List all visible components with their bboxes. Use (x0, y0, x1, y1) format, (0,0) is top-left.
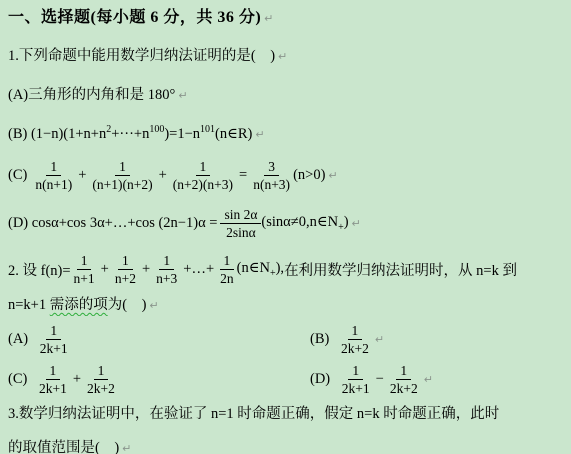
fraction: 12k+2 (338, 322, 372, 358)
fraction-denominator: n(n+3) (250, 176, 293, 194)
section-title-line: 一、选择题(每小题 6 分，共 36 分)↵ (8, 7, 571, 30)
fraction-denominator: 2k+1 (36, 380, 70, 398)
fraction: 12k+1 (37, 322, 71, 358)
q2-option-a-label: (A) (8, 331, 32, 348)
question-3-stem-line1: 3.数学归纳法证明中，在验证了 n=1 时命题正确，假定 n=k 时命题正确，此… (8, 404, 571, 424)
fraction: 1(n+1)(n+2) (89, 158, 155, 194)
fraction: 1n+3 (153, 252, 180, 288)
q1-option-d-line: (D) cosα+cos 3α+…+cos (2n−1)α = sin 2α2s… (8, 203, 571, 245)
condition-text-part: (n∈N (237, 260, 270, 276)
paragraph-mark-icon: ↵ (149, 299, 158, 312)
fraction-numerator: 1 (348, 322, 363, 341)
q2-options-row-ab: (A) 12k+1 (B) 12k+2 ↵ (8, 322, 571, 358)
fraction-numerator: 1 (220, 252, 235, 271)
q2-options-row-cd: (C) 12k+1 + 12k+2 (D) 12k+1 − 12k+2 ↵ (8, 362, 571, 398)
paragraph-mark-icon: ↵ (122, 442, 131, 454)
q1-option-a: (A)三角形的内角和是 180° (8, 87, 175, 103)
fraction-numerator: 1 (46, 322, 61, 341)
section-title: 一、选择题(每小题 6 分，共 36 分) (8, 9, 261, 26)
question-1-stem-line: 1.下列命题中能用数学归纳法证明的是( )↵ (8, 46, 571, 67)
fraction-numerator: 1 (396, 362, 411, 381)
plus-operator: + (142, 261, 150, 278)
q2-option-c-label: (C) (8, 371, 31, 388)
q2-option-d: (D) 12k+1 − 12k+2 ↵ (310, 362, 433, 398)
q2-option-d-label: (D) (310, 371, 334, 388)
fraction-denominator: n+1 (71, 270, 98, 288)
question-1-stem: 1.下列命题中能用数学归纳法证明的是( ) (8, 48, 275, 64)
fraction-denominator: n+3 (153, 270, 180, 288)
fraction: 1n+2 (112, 252, 139, 288)
q2-option-b-label: (B) (310, 331, 333, 348)
fraction: 12k+1 (36, 362, 70, 398)
plus-operator: + (159, 167, 167, 184)
q2-option-a: (A) 12k+1 (8, 322, 310, 358)
minus-operator: − (376, 371, 384, 388)
fraction-numerator: 1 (77, 252, 92, 271)
fraction-denominator: 2sinα (223, 224, 259, 242)
fraction-numerator: 1 (348, 362, 363, 381)
q1-option-c-line: (C) 1n(n+1) + 1(n+1)(n+2) + 1(n+2)(n+3) … (8, 155, 571, 197)
formula-text: (1−n)(1+n+n (31, 126, 106, 142)
paragraph-mark-icon: ↵ (328, 169, 337, 182)
q1-option-d-label: (D) (8, 215, 32, 232)
fraction-numerator: 3 (264, 158, 279, 177)
question-2-lead: 2. 设 f(n)= (8, 259, 71, 280)
question-3-stem-continuation: 的取值范围是( ) (8, 440, 119, 454)
condition-text: (n∈N+), (237, 260, 284, 279)
fraction-numerator: sin 2α (220, 206, 261, 225)
grammar-check-underlined-text: 需添的项 (50, 297, 108, 313)
paragraph-mark-icon: ↵ (424, 373, 433, 386)
condition-text-part: ), (276, 260, 284, 276)
fraction-numerator: 1 (94, 362, 109, 381)
q2-option-c: (C) 12k+1 + 12k+2 (8, 362, 310, 398)
plus-operator: + (78, 167, 86, 184)
q1-option-b-line: (B) (1−n)(1+n+n2+···+n100)=1−n101(n∈R)↵ (8, 118, 571, 147)
fraction: 12k+2 (84, 362, 118, 398)
question-2-stem-line2: n=k+1 需添的项为( )↵ (8, 295, 571, 316)
fraction-numerator: 1 (159, 252, 174, 271)
fraction: 3n(n+3) (250, 158, 293, 194)
q1-option-c-label: (C) (8, 167, 27, 184)
fraction-numerator: 1 (115, 158, 130, 177)
condition-text: (sinα≠0,n∈N+) (261, 214, 348, 233)
fraction: 1(n+2)(n+3) (170, 158, 236, 194)
formula-text: cosα+cos 3α+…+cos (2n−1)α = (32, 215, 218, 232)
fraction-denominator: (n+2)(n+3) (170, 176, 236, 194)
fraction-numerator: 1 (118, 252, 133, 271)
question-2-stem-line1: 2. 设 f(n)= 1n+1 + 1n+2 + 1n+3 +…+ 12n (n… (8, 249, 571, 291)
paragraph-mark-icon: ↵ (352, 217, 361, 230)
fraction: sin 2α2sinα (220, 206, 261, 242)
exponent: 101 (200, 124, 215, 135)
fraction-denominator: 2n (217, 270, 237, 288)
exponent: 100 (149, 124, 164, 135)
fraction-denominator: (n+1)(n+2) (89, 176, 155, 194)
condition-text-part: (sinα≠0,n∈N (261, 214, 338, 230)
plus-operator: + (101, 261, 109, 278)
paragraph-mark-icon: ↵ (264, 12, 273, 25)
paragraph-mark-icon: ↵ (178, 89, 187, 102)
condition-text: (n>0) (293, 167, 325, 184)
fraction-numerator: 1 (196, 158, 211, 177)
stem2-suffix: 为( ) (108, 297, 147, 313)
paragraph-mark-icon: ↵ (375, 333, 384, 346)
q2-option-b: (B) 12k+2 ↵ (310, 322, 384, 358)
plus-operator: + (73, 371, 81, 388)
question-2-continuation: 在利用数学归纳法证明时，从 n=k 到 (284, 259, 517, 280)
ellipsis-operator: +…+ (183, 261, 214, 278)
fraction: 1n(n+1) (32, 158, 75, 194)
stem2-prefix: n=k+1 (8, 297, 50, 313)
formula-text: )=1−n (164, 126, 200, 142)
fraction-denominator: 2k+2 (84, 380, 118, 398)
fraction: 12k+1 (339, 362, 373, 398)
fraction-denominator: 2k+1 (339, 380, 373, 398)
fraction-numerator: 1 (46, 158, 61, 177)
paragraph-mark-icon: ↵ (278, 50, 287, 63)
formula-text: (n∈R) (215, 126, 252, 142)
fraction-denominator: 2k+2 (387, 380, 421, 398)
fraction-denominator: 2k+1 (37, 340, 71, 358)
document-page: 一、选择题(每小题 6 分，共 36 分)↵ 1.下列命题中能用数学归纳法证明的… (0, 0, 571, 454)
question-3-stem-line2: 的取值范围是( )↵ (8, 438, 571, 454)
formula-text: +···+n (111, 126, 149, 142)
equals-operator: = (239, 167, 247, 184)
question-3-stem: 3.数学归纳法证明中，在验证了 n=1 时命题正确，假定 n=k 时命题正确，此… (8, 406, 499, 422)
q1-option-b-label: (B) (8, 126, 31, 142)
fraction-denominator: 2k+2 (338, 340, 372, 358)
fraction: 12n (217, 252, 237, 288)
condition-text-part: ) (344, 214, 349, 230)
fraction: 1n+1 (71, 252, 98, 288)
q1-option-a-line: (A)三角形的内角和是 180°↵ (8, 85, 571, 106)
paragraph-mark-icon: ↵ (255, 128, 264, 141)
fraction-denominator: n(n+1) (32, 176, 75, 194)
fraction-denominator: n+2 (112, 270, 139, 288)
fraction: 12k+2 (387, 362, 421, 398)
fraction-numerator: 1 (46, 362, 61, 381)
